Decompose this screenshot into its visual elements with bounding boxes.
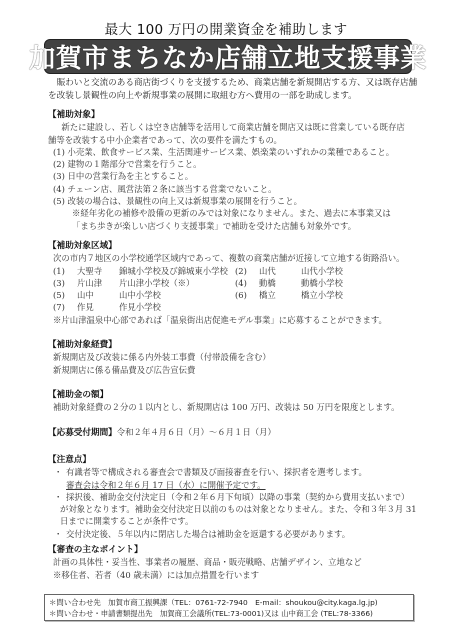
district-row: (5) 山中 山中小学校 (6) 橋立 橋立小学校 bbox=[48, 289, 418, 301]
text-line: 新たに建設し、若しくは空き店舗等を活用して商業店舗を開店又は既に営業している既存… bbox=[48, 121, 418, 133]
district-name: 橋立 bbox=[259, 289, 301, 301]
section-target: 【補助対象】 新たに建設し、若しくは空き店舗等を活用して商業店舗を開店又は既に営… bbox=[48, 109, 418, 232]
section-heading: 【補助金の額】 bbox=[48, 389, 418, 401]
district-num: (1) bbox=[53, 265, 77, 277]
text-line: 採択後、補助金交付決定日（令和２年６月下旬頃）以降の事業（契約から費用支払いまで… bbox=[66, 491, 409, 503]
text-line: 補助対象経費の２分の１以内とし、新規開店は 100 万円、改装は 50 万円を限… bbox=[48, 401, 418, 413]
text-line: 次の市内７地区の小学校通学区域内であって、複数の商業店舗が近接して立地する街路沿… bbox=[48, 252, 418, 264]
district-name: 大聖寺 bbox=[77, 265, 119, 277]
district-num: (2) bbox=[235, 265, 259, 277]
note-line: 「まち歩きが楽しい店づくり支援事業」で補助を受けた店舗も対象外です。 bbox=[48, 220, 418, 232]
contact-line: ＊問い合わせ先 加賀市商工振興課（TEL：0761-72-7940 E-mail… bbox=[49, 597, 413, 608]
district-name: 片山津 bbox=[77, 277, 119, 289]
district-school: 片山津小学校（※） bbox=[119, 277, 235, 289]
district-num: (6) bbox=[235, 289, 259, 301]
district-school: 橋立小学校 bbox=[301, 289, 343, 301]
section-area: 【補助対象区域】 次の市内７地区の小学校通学区域内であって、複数の商業店舗が近接… bbox=[48, 240, 418, 326]
district-num: (5) bbox=[53, 289, 77, 301]
district-num: (7) bbox=[53, 301, 77, 313]
section-heading: 【審査の主なポイント】 bbox=[48, 544, 418, 556]
note-line: ※片山津温泉中心部であれば「温泉街出店促進モデル事業」に応募することができます。 bbox=[48, 314, 418, 326]
note-line: ※移住者、若者（40 歳未満）には加点措置を行います bbox=[48, 569, 418, 581]
district-name: 動橋 bbox=[259, 277, 301, 289]
section-amount: 【補助金の額】 補助対象経費の２分の１以内とし、新規開店は 100 万円、改装は… bbox=[48, 389, 418, 414]
note-line: ※経年劣化の補修や設備の更新のみでは対象になりません。また、過去に本事業又は bbox=[48, 207, 418, 219]
list-item: 新規開店に係る備品費及び広告宣伝費 bbox=[48, 364, 418, 376]
intro-text: 賑わいと交流のある商店街づくりを支援するため、商業店舗を新規開店する方、又は既存… bbox=[48, 77, 418, 102]
title-banner: 加賀市まちなか店舗立地支援事業 bbox=[44, 39, 412, 74]
list-item: (1) 小売業、飲食サービス業、生活関連サービス業、娯楽業のいずれかの業種である… bbox=[48, 146, 418, 158]
district-num: (3) bbox=[53, 277, 77, 289]
list-item: (3) 日中の営業行為を主とすること。 bbox=[48, 170, 418, 182]
bullet-icon: ・ bbox=[48, 466, 66, 491]
section-period: 【応募受付期間】令和２年４月６日（月）～６月１日（月） bbox=[48, 426, 418, 439]
bullet-item: ・ 交付決定後、５年以内に閉店した場合は補助金を返還する必要があります。 bbox=[48, 528, 418, 540]
contact-box: ＊問い合わせ先 加賀市商工振興課（TEL：0761-72-7940 E-mail… bbox=[44, 594, 414, 621]
bullet-icon: ・ bbox=[48, 528, 66, 540]
intro-line: を改装し景観性の向上や新規事業の展開に取組む方へ費用の一部を助成します。 bbox=[48, 90, 418, 103]
list-item: (5) 改装の場合は、景観性の向上又は新規事業の展開を行うこと。 bbox=[48, 195, 418, 207]
district-row: (3) 片山津 片山津小学校（※） (4) 動橋 動橋小学校 bbox=[48, 277, 418, 289]
text-line: が対象となります。補助金交付決定日以前のものは対象となりません。また、令和３年３… bbox=[48, 503, 418, 515]
text-line: 計画の具体性・妥当性、事業者の履歴、商品・販売戦略、店舗デザイン、立地など bbox=[48, 556, 418, 568]
section-heading: 【補助対象】 bbox=[48, 109, 418, 121]
district-row: (1) 大聖寺 錦城小学校及び錦城東小学校 (2) 山代 山代小学校 bbox=[48, 265, 418, 277]
district-school: 山代小学校 bbox=[301, 265, 343, 277]
district-school: 動橋小学校 bbox=[301, 277, 343, 289]
district-name: 山中 bbox=[77, 289, 119, 301]
district-row: (7) 作見 作見小学校 bbox=[48, 301, 418, 313]
district-name: 作見 bbox=[77, 301, 119, 313]
contact-line: ＊問い合わせ・申請書類提出先 加賀商工会議所(TEL:73-0001)又は 山中… bbox=[49, 608, 413, 619]
district-school: 錦城小学校及び錦城東小学校 bbox=[119, 265, 235, 277]
section-heading: 【補助対象区域】 bbox=[48, 240, 418, 252]
district-name: 山代 bbox=[259, 265, 301, 277]
section-heading: 【補助対象経費】 bbox=[48, 339, 418, 351]
district-school: 作見小学校 bbox=[119, 301, 235, 313]
bullet-item: ・ 有識者等で構成される審査会で書類及び面接審査を行い、採択者を選考します。 審… bbox=[48, 466, 418, 491]
section-heading: 【注意点】 bbox=[48, 454, 418, 466]
list-item: (2) 建物の１階部分で営業を行うこと。 bbox=[48, 158, 418, 170]
text-line: 有識者等で構成される審査会で書類及び面接審査を行い、採択者を選考します。 bbox=[66, 466, 367, 478]
underlined-line: 審査会は令和２年６月 17 日（水）に開催予定です。 bbox=[66, 479, 367, 491]
section-notes: 【注意点】 ・ 有識者等で構成される審査会で書類及び面接審査を行い、採択者を選考… bbox=[48, 454, 418, 540]
list-item: 新規開店及び改装に係る内外装工事費（付帯設備を含む） bbox=[48, 351, 418, 363]
bullet-icon: ・ bbox=[48, 491, 66, 503]
district-num: (4) bbox=[235, 277, 259, 289]
subtitle: 最大 100 万円の開業資金を補助します bbox=[0, 18, 452, 38]
page-title: 加賀市まちなか店舗立地支援事業 bbox=[29, 38, 427, 75]
list-item: (4) チェーン店、風営法第２条に該当する営業でないこと。 bbox=[48, 183, 418, 195]
text-line: 交付決定後、５年以内に閉店した場合は補助金を返還する必要があります。 bbox=[66, 528, 350, 540]
text-line: 舗等を改装する中小企業者であって、次の要件を満たすもの。 bbox=[48, 134, 418, 146]
section-expenses: 【補助対象経費】 新規開店及び改装に係る内外装工事費（付帯設備を含む） 新規開店… bbox=[48, 339, 418, 376]
section-heading: 【応募受付期間】 bbox=[48, 428, 117, 438]
bullet-item: ・ 採択後、補助金交付決定日（令和２年６月下旬頃）以降の事業（契約から費用支払い… bbox=[48, 491, 418, 503]
section-review: 【審査の主なポイント】 計画の具体性・妥当性、事業者の履歴、商品・販売戦略、店舗… bbox=[48, 544, 418, 581]
intro-line: 賑わいと交流のある商店街づくりを支援するため、商業店舗を新規開店する方、又は既存… bbox=[48, 77, 418, 90]
period-text: 令和２年４月６日（月）～６月１日（月） bbox=[117, 427, 276, 437]
district-school: 山中小学校 bbox=[119, 289, 235, 301]
text-line: 日までに開業することが条件です。 bbox=[48, 515, 418, 527]
